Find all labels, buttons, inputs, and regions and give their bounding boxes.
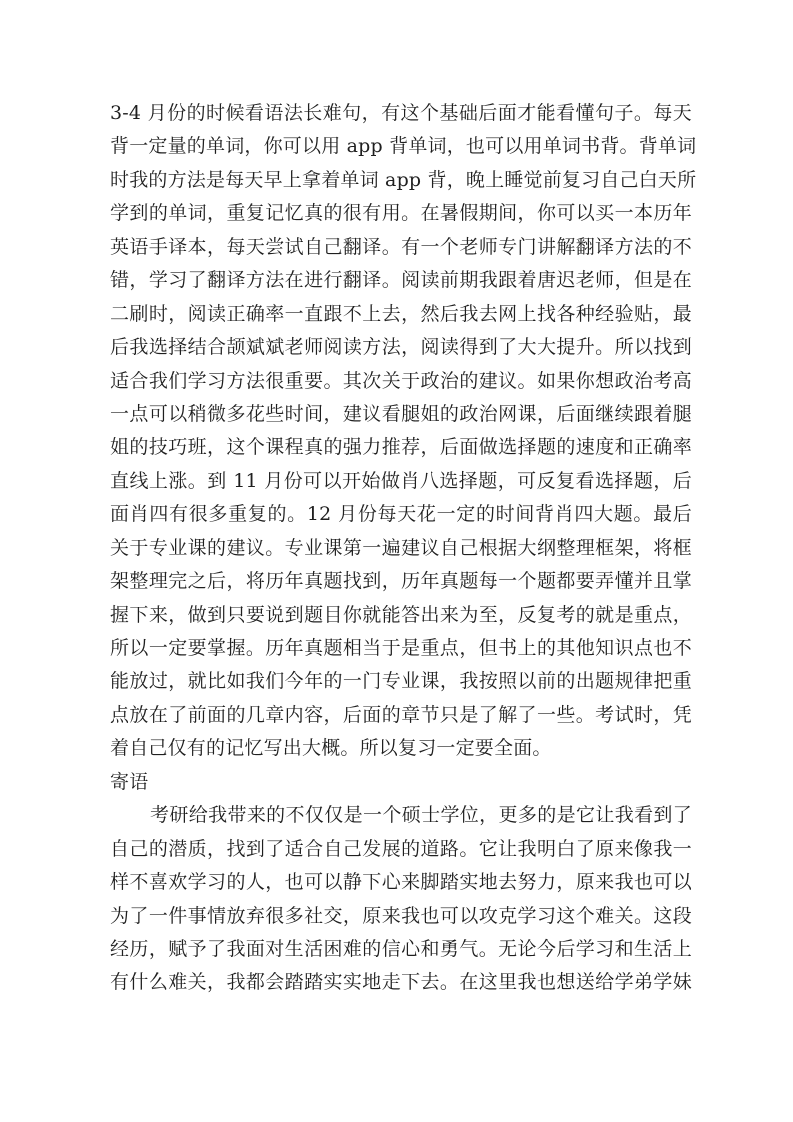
text-line: 英语手译本，每天尝试自己翻译。有一个老师专门讲解翻译方法的不 bbox=[110, 231, 692, 264]
text-line: 后我选择结合颉斌斌老师阅读方法，阅读得到了大大提升。所以找到 bbox=[110, 331, 692, 364]
text-block: 3-4 月份的时候看语法长难句，有这个基础后面才能看懂句子。每天 背一定量的单词… bbox=[110, 97, 692, 1000]
text-line: 点放在了前面的几章内容，后面的章节只是了解了一些。考试时，凭 bbox=[110, 699, 692, 732]
text-line: 经历，赋予了我面对生活困难的信心和勇气。无论今后学习和生活上 bbox=[110, 933, 692, 966]
text-line: 着自己仅有的记忆写出大概。所以复习一定要全面。 bbox=[110, 732, 692, 765]
text-line: 面肖四有很多重复的。12 月份每天花一定的时间背肖四大题。最后 bbox=[110, 498, 692, 531]
text-line: 关于专业课的建议。专业课第一遍建议自己根据大纲整理框架，将框 bbox=[110, 532, 692, 565]
text-line: 姐的技巧班，这个课程真的强力推荐，后面做选择题的速度和正确率 bbox=[110, 431, 692, 464]
text-line: 错，学习了翻译方法在进行翻译。阅读前期我跟着唐迟老师，但是在 bbox=[110, 264, 692, 297]
text-line: 直线上涨。到 11 月份可以开始做肖八选择题，可反复看选择题，后 bbox=[110, 465, 692, 498]
text-line: 能放过，就比如我们今年的一门专业课，我按照以前的出题规律把重 bbox=[110, 665, 692, 698]
text-line: 有什么难关，我都会踏踏实实地走下去。在这里我也想送给学弟学妹 bbox=[110, 966, 692, 999]
text-line: 3-4 月份的时候看语法长难句，有这个基础后面才能看懂句子。每天 bbox=[110, 97, 692, 130]
text-line: 自己的潜质，找到了适合自己发展的道路。它让我明白了原来像我一 bbox=[110, 833, 692, 866]
text-line: 考研给我带来的不仅仅是一个硕士学位，更多的是它让我看到了 bbox=[110, 799, 692, 832]
text-line: 时我的方法是每天早上拿着单词 app 背，晚上睡觉前复习自己白天所 bbox=[110, 164, 692, 197]
text-line: 背一定量的单词，你可以用 app 背单词，也可以用单词书背。背单词 bbox=[110, 130, 692, 163]
text-line: 架整理完之后，将历年真题找到，历年真题每一个题都要弄懂并且掌 bbox=[110, 565, 692, 598]
text-line: 一点可以稍微多花些时间，建议看腿姐的政治网课，后面继续跟着腿 bbox=[110, 398, 692, 431]
text-line: 为了一件事情放弃很多社交，原来我也可以攻克学习这个难关。这段 bbox=[110, 900, 692, 933]
section-heading: 寄语 bbox=[110, 766, 692, 799]
text-line: 二刷时，阅读正确率一直跟不上去，然后我去网上找各种经验贴，最 bbox=[110, 298, 692, 331]
text-line: 所以一定要掌握。历年真题相当于是重点，但书上的其他知识点也不 bbox=[110, 632, 692, 665]
text-line: 样不喜欢学习的人，也可以静下心来脚踏实地去努力，原来我也可以 bbox=[110, 866, 692, 899]
text-line: 适合我们学习方法很重要。其次关于政治的建议。如果你想政治考高 bbox=[110, 365, 692, 398]
text-line: 握下来，做到只要说到题目你就能答出来为至，反复考的就是重点， bbox=[110, 599, 692, 632]
text-line: 学到的单词，重复记忆真的很有用。在暑假期间，你可以买一本历年 bbox=[110, 197, 692, 230]
document-page: 3-4 月份的时候看语法长难句，有这个基础后面才能看懂句子。每天 背一定量的单词… bbox=[0, 0, 793, 1122]
